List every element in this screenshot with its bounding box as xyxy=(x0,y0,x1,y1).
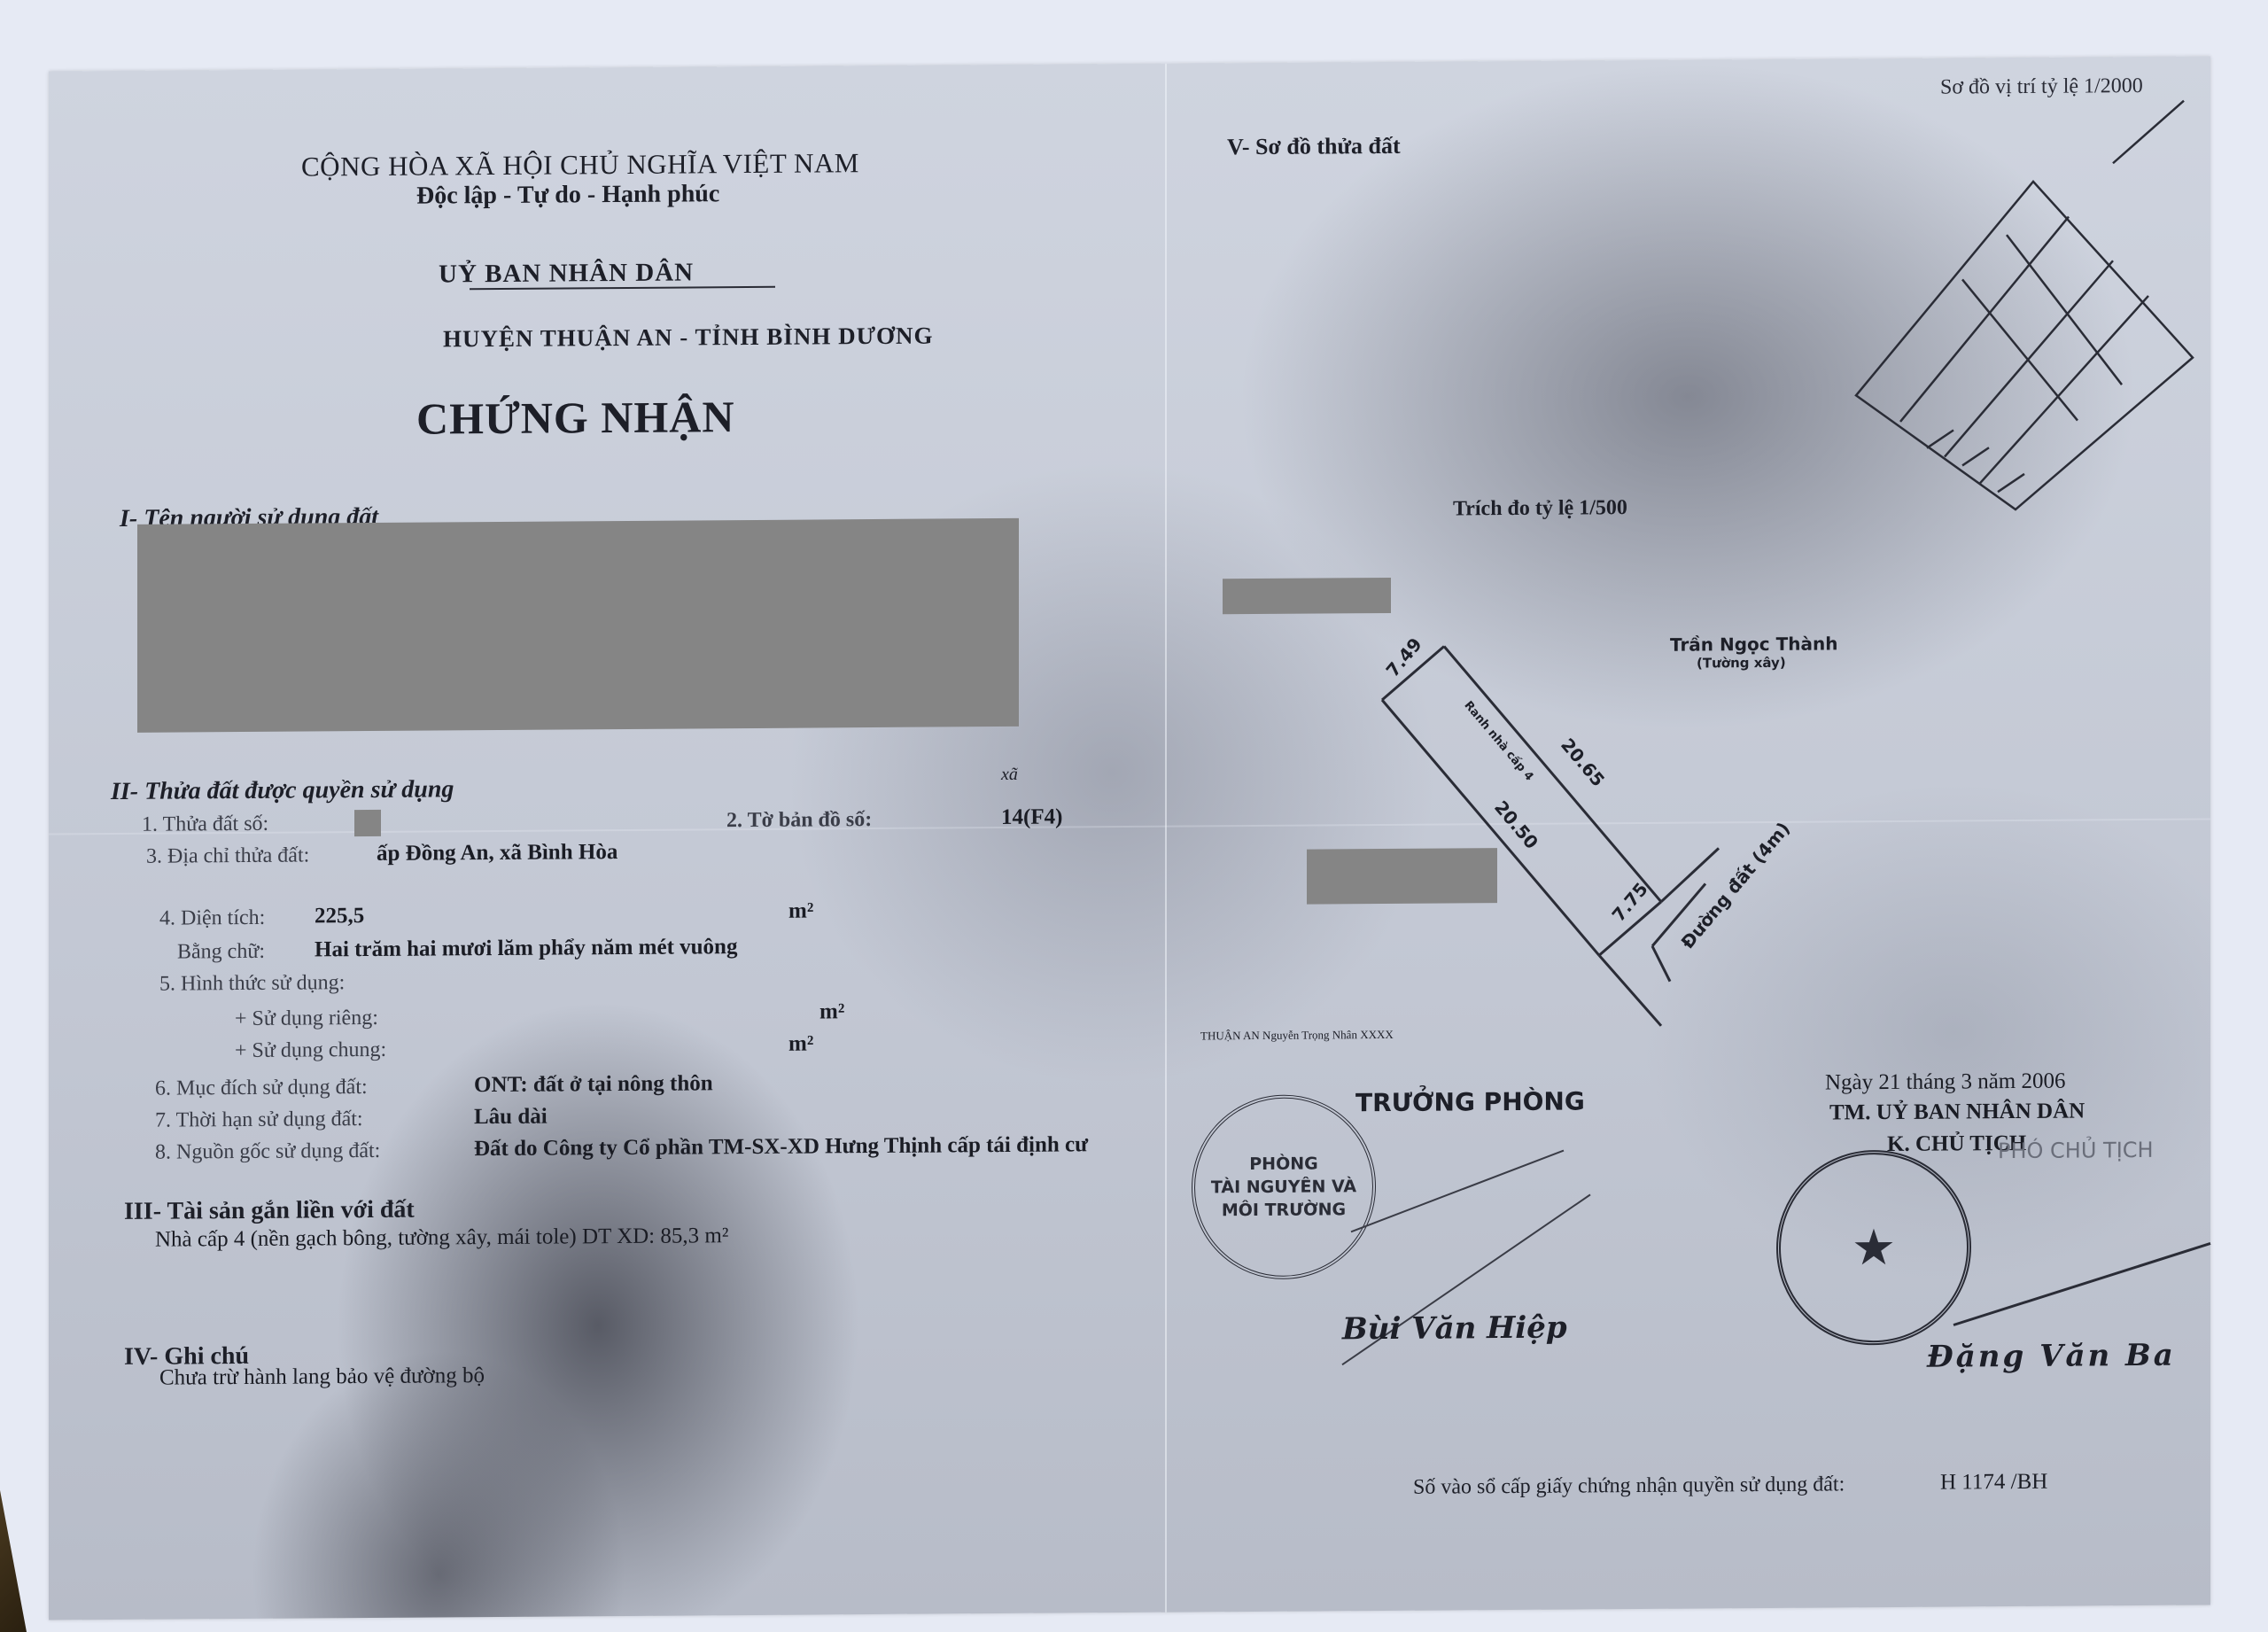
committee-signature-stroke xyxy=(1953,1234,2219,1342)
area-words-label: Bằng chữ: xyxy=(177,940,265,965)
area-words-value: Hai trăm hai mươi lăm phẩy năm mét vuông xyxy=(315,935,737,962)
committee-signer: Đặng Văn Ba xyxy=(1927,1338,2176,1375)
extract-scale: Trích đo tỷ lệ 1/500 xyxy=(1453,496,1627,521)
committee-stamp: ★ xyxy=(1776,1149,1971,1346)
purpose-value: ONT: đất ở tại nông thôn xyxy=(474,1071,713,1098)
authority-name: UỶ BAN NHÂN DÂN xyxy=(439,258,694,289)
dept-stamp-line1: PHÒNG xyxy=(1211,1152,1356,1176)
redacted-parcel-number xyxy=(354,810,381,836)
neighbor-name: Trần Ngọc Thành xyxy=(1670,633,1837,655)
area-label: 4. Diện tích: xyxy=(159,906,265,931)
section2-heading: II- Thửa đất được quyền sử dụng xyxy=(111,775,454,806)
address-label: 3. Địa chỉ thửa đất: xyxy=(146,843,309,868)
area-unit: m² xyxy=(788,898,813,923)
dept-stamp-line2: TÀI NGUYÊN VÀ xyxy=(1211,1175,1356,1199)
map-sheet-value: 14(F4) xyxy=(1001,805,1062,830)
certificate-sheet: CỘNG HÒA XÃ HỘI CHỦ NGHĨA VIỆT NAM Độc l… xyxy=(49,56,2210,1620)
shared-use-label: + Sử dụng chung: xyxy=(235,1038,386,1063)
parcel-number-label: 1. Thửa đất số: xyxy=(142,812,268,837)
address-value: ấp Đồng An, xã Bình Hòa xyxy=(377,840,617,867)
paper-fold-vertical xyxy=(1165,64,1167,1613)
location-map xyxy=(1847,127,2219,537)
shared-use-unit: m² xyxy=(788,1031,813,1056)
district-name: HUYỆN THUẬN AN - TỈNH BÌNH DƯƠNG xyxy=(443,323,934,354)
document-title: CHỨNG NHẬN xyxy=(416,391,735,445)
redacted-map-label-1 xyxy=(1223,578,1391,614)
assets-value: Nhà cấp 4 (nền gạch bông, tường xây, mái… xyxy=(155,1224,728,1253)
registry-label: Số vào sổ cấp giấy chứng nhận quyền sử d… xyxy=(1413,1473,1845,1499)
dept-signer: Bùi Văn Hiệp xyxy=(1342,1310,1567,1348)
origin-label: 8. Nguồn gốc sử dụng đất: xyxy=(155,1139,380,1165)
private-use-label: + Sử dụng riêng: xyxy=(235,1006,378,1031)
redacted-owner-block xyxy=(137,518,1019,733)
dept-title: TRƯỞNG PHÒNG xyxy=(1355,1086,1585,1117)
map-small-print: THUẬN AN Nguyễn Trọng Nhân XXXX xyxy=(1200,1028,1394,1044)
location-scale: Sơ đồ vị trí tỷ lệ 1/2000 xyxy=(1940,74,2143,100)
notes-value: Chưa trừ hành lang bảo vệ đường bộ xyxy=(159,1364,485,1391)
handwritten-mark: xã xyxy=(1001,765,1018,785)
star-emblem-icon: ★ xyxy=(1852,1218,1896,1276)
neighbor-note: (Tường xây) xyxy=(1697,655,1786,672)
usage-form-label: 5. Hình thức sử dụng: xyxy=(159,971,345,996)
term-label: 7. Thời hạn sử dụng đất: xyxy=(155,1107,363,1133)
area-value: 225,5 xyxy=(315,904,364,929)
table-edge xyxy=(0,1490,27,1632)
term-value: Lâu dài xyxy=(474,1105,548,1131)
date-line: Ngày 21 tháng 3 năm 2006 xyxy=(1825,1069,2065,1096)
vice-chair-label: PHÓ CHỦ TỊCH xyxy=(1998,1138,2154,1163)
purpose-label: 6. Mục đích sử dụng đất: xyxy=(155,1076,368,1101)
private-use-unit: m² xyxy=(819,999,844,1024)
dept-stamp-line3: MÔI TRƯỜNG xyxy=(1211,1198,1356,1222)
origin-value: Đất do Công ty Cổ phần TM-SX-XD Hưng Thị… xyxy=(474,1132,1088,1162)
registry-value: H 1174 /BH xyxy=(1940,1470,2047,1496)
section5-heading: V- Sơ đồ thửa đất xyxy=(1227,133,1401,160)
national-motto: Độc lập - Tự do - Hạnh phúc xyxy=(416,180,719,210)
country-name: CỘNG HÒA XÃ HỘI CHỦ NGHĨA VIỆT NAM xyxy=(301,147,859,183)
committee-label: TM. UỶ BAN NHÂN DÂN xyxy=(1829,1099,2085,1125)
map-sheet-label: 2. Tờ bản đồ số: xyxy=(726,808,872,833)
section3-heading: III- Tài sản gắn liền với đất xyxy=(124,1196,415,1226)
